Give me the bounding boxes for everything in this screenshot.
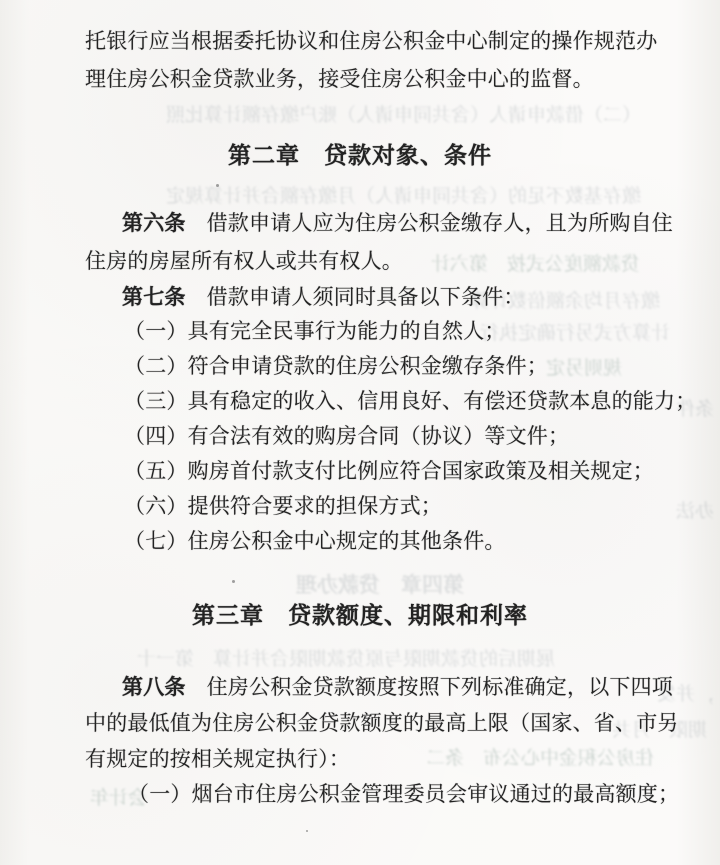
article-6-text: 借款申请人应为住房公积金缴存人，且为所购自住 bbox=[207, 211, 673, 235]
scanned-document-page: （二）借款申请人（含共同申请人）账户缴存额计算比照 缴存基数不足的（含共同申请人… bbox=[0, 0, 720, 865]
article-6-label: 第六条 bbox=[122, 211, 186, 235]
intro-line-1: 托银行应当根据委托协议和住房公积金中心制定的操作规范办 bbox=[85, 27, 657, 55]
article-6-line-2: 住房的房屋所有权人或共有权人。 bbox=[85, 247, 403, 275]
bleedthrough-text: 贷款额度公式按 第六计 bbox=[378, 253, 640, 277]
article-8-line-3: 有规定的按相关规定执行）： bbox=[85, 745, 350, 773]
ink-speck bbox=[306, 830, 308, 832]
bleedthrough-text: 缴存基数不足的（含共同申请人）月缴存额合并计算规定 bbox=[85, 185, 641, 209]
condition-item-2: （二）符合申请贷款的住房公积金缴存条件； bbox=[124, 352, 548, 380]
chapter-3-heading: 第三章 贷款额度、期限和利率 bbox=[8, 597, 712, 630]
article-7-line-1: 第七条借款申请人须同时具备以下条件： bbox=[122, 283, 525, 311]
article-7-text: 借款申请人须同时具备以下条件： bbox=[207, 285, 525, 309]
ink-speck bbox=[232, 580, 235, 583]
bleedthrough-text: 办法 bbox=[662, 500, 714, 524]
condition-item-5: （五）购房首付款支付比例应符合国家政策及相关规定； bbox=[124, 457, 654, 485]
article-8-line-2: 中的最低值为住房公积金贷款额度的最高上限（国家、省、市另 bbox=[85, 709, 679, 737]
bleedthrough-heading: 第四章 贷款办理 bbox=[292, 573, 464, 597]
bleedthrough-text: 展期后的贷款期限与原贷款期限合并计算 第一十 bbox=[85, 648, 555, 672]
condition-item-1: （一）具有完全民事行为能力的自然人； bbox=[124, 317, 506, 345]
article-8-label: 第八条 bbox=[122, 675, 186, 699]
bleedthrough-text: 住房公积金中心公布 条二十第 bbox=[428, 747, 654, 771]
condition-item-4: （四）有合法有效的购房合同（协议）等文件； bbox=[124, 422, 569, 450]
ink-speck bbox=[216, 184, 219, 187]
article-8-text: 住房公积金贷款额度按照下列标准确定，以下四项 bbox=[207, 675, 673, 699]
condition-item-7: （七）住房公积金中心规定的其他条件。 bbox=[124, 527, 506, 555]
article-7-label: 第七条 bbox=[122, 285, 186, 309]
condition-item-6: （六）提供符合要求的担保方式； bbox=[124, 492, 442, 520]
article-8-item-1: （一）烟台市住房公积金管理委员会审议通过的最高额度； bbox=[128, 780, 679, 808]
article-8-line-1: 第八条住房公积金贷款额度按照下列标准确定，以下四项 bbox=[122, 673, 673, 701]
bleedthrough-text: （二）借款申请人（含共同申请人）账户缴存额计算比照 bbox=[85, 104, 641, 128]
condition-item-3: （三）具有稳定的收入、信用良好、有偿还贷款本息的能力； bbox=[124, 387, 696, 415]
intro-line-2: 理住房公积金贷款业务，接受住房公积金中心的监督。 bbox=[85, 65, 594, 93]
chapter-2-heading: 第二章 贷款对象、条件 bbox=[8, 137, 712, 170]
article-6-line-1: 第六条借款申请人应为住房公积金缴存人，且为所购自住 bbox=[122, 209, 673, 237]
